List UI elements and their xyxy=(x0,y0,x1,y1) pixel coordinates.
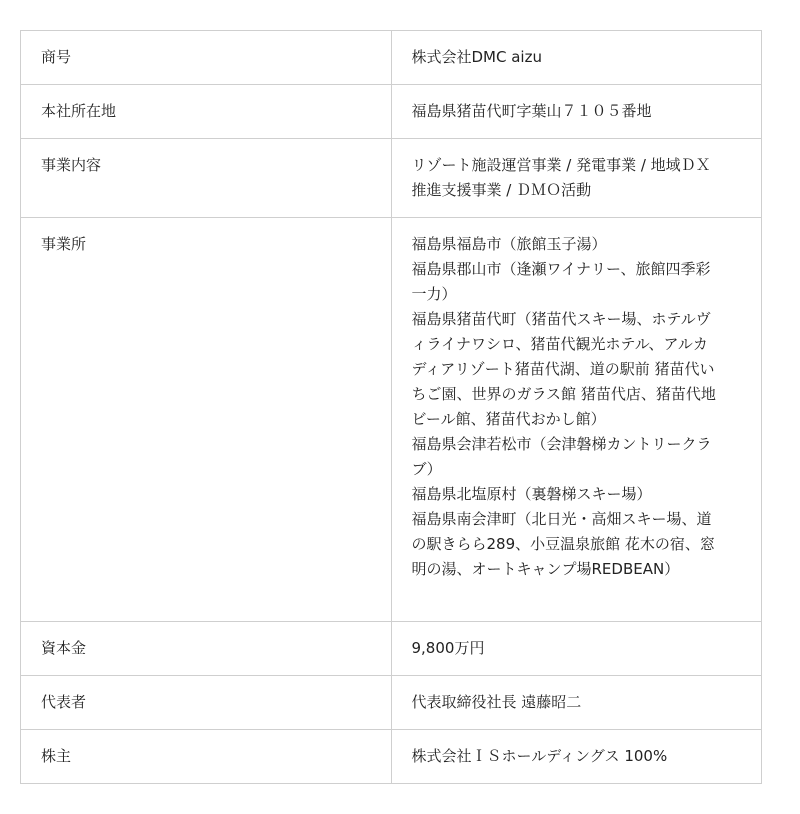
row-label: 本社所在地 xyxy=(21,85,392,139)
value-line: 一力） xyxy=(412,282,742,307)
value-line: 代表取締役社長 遠藤昭二 xyxy=(412,690,742,715)
value-line: 株式会社DMC aizu xyxy=(412,45,742,70)
row-value: 代表取締役社長 遠藤昭二 xyxy=(391,676,762,730)
value-line: ブ） xyxy=(412,457,742,482)
row-label: 代表者 xyxy=(21,676,392,730)
row-value: 株式会社DMC aizu xyxy=(391,31,762,85)
table-row-offices: 事業所 福島県福島市（旅館玉子湯） 福島県郡山市（逢瀬ワイナリー、旅館四季彩 一… xyxy=(21,218,762,622)
value-line: ビール館、猪苗代おかし館） xyxy=(412,407,742,432)
value-line: 9,800万円 xyxy=(412,636,742,661)
value-line: 株式会社ＩＳホールディングス 100% xyxy=(412,744,742,769)
table-row-headquarters: 本社所在地 福島県猪苗代町字葉山７１０５番地 xyxy=(21,85,762,139)
value-line: ちご園、世界のガラス館 猪苗代店、猪苗代地 xyxy=(412,382,742,407)
row-label: 資本金 xyxy=(21,622,392,676)
value-line: 推進支援事業 / ＤＭＯ活動 xyxy=(412,178,742,203)
table-row-shareholder: 株主 株式会社ＩＳホールディングス 100% xyxy=(21,730,762,784)
row-value: 株式会社ＩＳホールディングス 100% xyxy=(391,730,762,784)
row-label: 事業所 xyxy=(21,218,392,622)
value-line: 福島県北塩原村（裏磐梯スキー場） xyxy=(412,482,742,507)
value-line: 福島県福島市（旅館玉子湯） xyxy=(412,232,742,257)
value-line: の駅きらら289、小豆温泉旅館 花木の宿、窓 xyxy=(412,532,742,557)
row-value: 福島県猪苗代町字葉山７１０５番地 xyxy=(391,85,762,139)
row-value: リゾート施設運営事業 / 発電事業 / 地域ＤＸ 推進支援事業 / ＤＭＯ活動 xyxy=(391,139,762,218)
company-info-table: 商号 株式会社DMC aizu 本社所在地 福島県猪苗代町字葉山７１０５番地 事… xyxy=(20,30,762,784)
table-row-representative: 代表者 代表取締役社長 遠藤昭二 xyxy=(21,676,762,730)
row-value: 福島県福島市（旅館玉子湯） 福島県郡山市（逢瀬ワイナリー、旅館四季彩 一力） 福… xyxy=(391,218,762,622)
table-row-business: 事業内容 リゾート施設運営事業 / 発電事業 / 地域ＤＸ 推進支援事業 / Ｄ… xyxy=(21,139,762,218)
table-row-trade-name: 商号 株式会社DMC aizu xyxy=(21,31,762,85)
value-line: 福島県猪苗代町字葉山７１０５番地 xyxy=(412,99,742,124)
value-line: ィライナワシロ、猪苗代観光ホテル、アルカ xyxy=(412,332,742,357)
row-label: 株主 xyxy=(21,730,392,784)
value-line: ディアリゾート猪苗代湖、道の駅前 猪苗代い xyxy=(412,357,742,382)
value-line: 福島県南会津町（北日光・高畑スキー場、道 xyxy=(412,507,742,532)
value-line: 福島県会津若松市（会津磐梯カントリークラ xyxy=(412,432,742,457)
value-line: リゾート施設運営事業 / 発電事業 / 地域ＤＸ xyxy=(412,153,742,178)
table-row-capital: 資本金 9,800万円 xyxy=(21,622,762,676)
row-label: 商号 xyxy=(21,31,392,85)
row-value: 9,800万円 xyxy=(391,622,762,676)
value-line: 福島県郡山市（逢瀬ワイナリー、旅館四季彩 xyxy=(412,257,742,282)
value-line: 明の湯、オートキャンプ場REDBEAN） xyxy=(412,557,742,582)
row-label: 事業内容 xyxy=(21,139,392,218)
value-line: 福島県猪苗代町（猪苗代スキー場、ホテルヴ xyxy=(412,307,742,332)
